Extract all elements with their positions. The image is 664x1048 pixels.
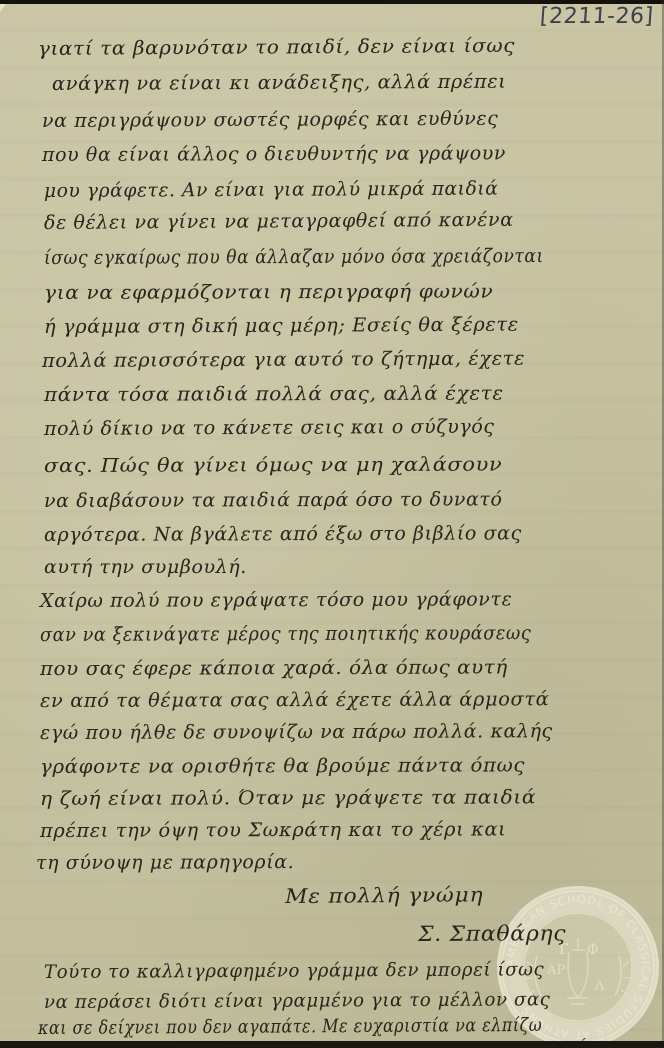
postscript-line-1: Τούτο το καλλιγραφημένο γράμμα δεν μπορε… xyxy=(44,959,544,983)
postscript-line-2: να περάσει διότι είναι γραμμένο για το μ… xyxy=(44,989,551,1013)
scan-border-bottom xyxy=(0,1041,664,1048)
postscript: Τούτο το καλλιγραφημένο γράμμα δεν μπορε… xyxy=(0,0,664,1048)
